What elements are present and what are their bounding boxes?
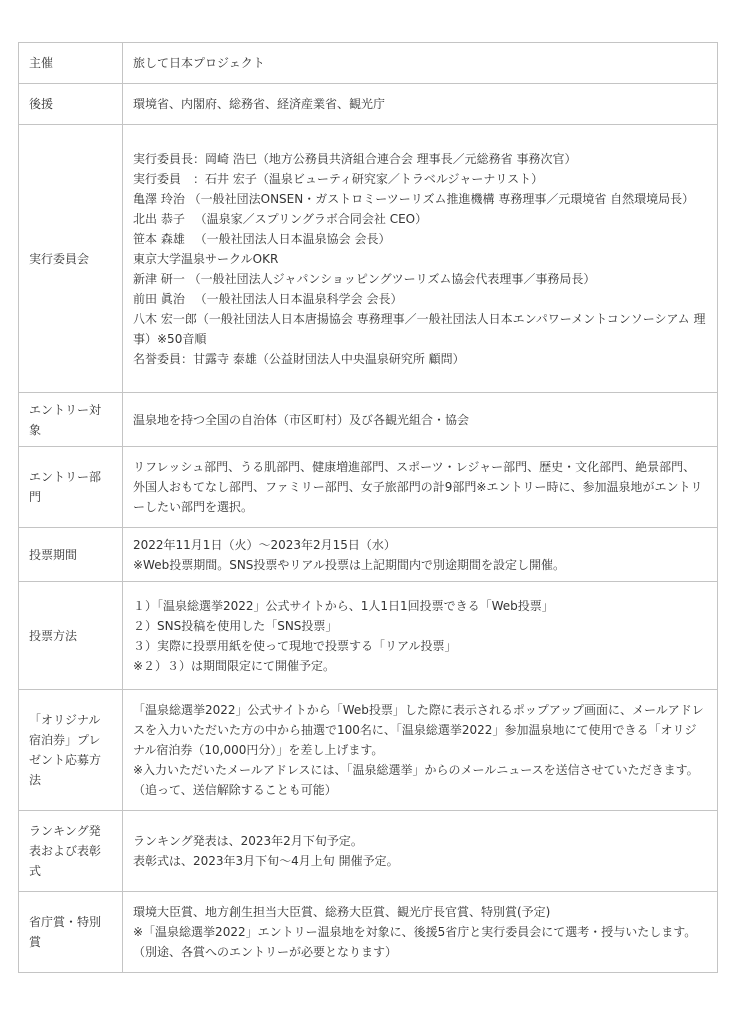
row-label: 省庁賞・特別賞 <box>19 892 123 973</box>
table-row-committee: 実行委員会 実行委員長：岡崎 浩巳（地方公務員共済組合連合会 理事長／元総務省 … <box>19 125 718 393</box>
table-row-entry-categories: エントリー部門 リフレッシュ部門、うる肌部門、健康増進部門、スポーツ・レジャー部… <box>19 447 718 528</box>
row-label: 主催 <box>19 43 123 84</box>
value-line: 名誉委員：甘露寺 泰雄（公益財団法人中央温泉研究所 顧問） <box>133 349 707 369</box>
row-value: 環境大臣賞、地方創生担当大臣賞、総務大臣賞、観光庁長官賞、特別賞(予定) ※「温… <box>123 892 718 973</box>
value-line: ※入力いただいたメールアドレスには、「温泉総選挙」からのメールニュースを送信させ… <box>133 760 707 800</box>
value-line: 八木 宏一郎（一般社団法人日本唐揚協会 専務理事／一般社団法人日本エンパワーメン… <box>133 309 707 349</box>
value-line: 「温泉総選挙2022」公式サイトから「Web投票」した際に表示されるポップアップ… <box>133 700 707 760</box>
row-value: 実行委員長：岡崎 浩巳（地方公務員共済組合連合会 理事長／元総務省 事務次官） … <box>123 125 718 393</box>
table-row-entry-target: エントリー対象 温泉地を持つ全国の自治体（市区町村）及び各観光組合・協会 <box>19 393 718 447</box>
row-value: リフレッシュ部門、うる肌部門、健康増進部門、スポーツ・レジャー部門、歴史・文化部… <box>123 447 718 528</box>
row-label: ランキング発表および表彰式 <box>19 811 123 892</box>
value-line: ※「温泉総選挙2022」エントリー温泉地を対象に、後援5省庁と実行委員会にて選考… <box>133 922 707 962</box>
table-row-awards: 省庁賞・特別賞 環境大臣賞、地方創生担当大臣賞、総務大臣賞、観光庁長官賞、特別賞… <box>19 892 718 973</box>
value-line: 環境省、内閣府、総務省、経済産業省、観光庁 <box>133 94 707 114</box>
value-line: 実行委員 ：石井 宏子（温泉ビューティ研究家／トラベルジャーナリスト） <box>133 169 707 189</box>
row-label: 「オリジナル宿泊券」プレゼント応募方法 <box>19 690 123 811</box>
table-row-present-application: 「オリジナル宿泊券」プレゼント応募方法 「温泉総選挙2022」公式サイトから「W… <box>19 690 718 811</box>
table-row-voting-period: 投票期間 2022年11月1日（火）～2023年2月15日（水） ※Web投票期… <box>19 528 718 582</box>
row-value: 「温泉総選挙2022」公式サイトから「Web投票」した際に表示されるポップアップ… <box>123 690 718 811</box>
value-line: ※Web投票期間。SNS投票やリアル投票は上記期間内で別途期間を設定し開催。 <box>133 555 707 575</box>
row-label: 実行委員会 <box>19 125 123 393</box>
value-line: 前田 眞治 （一般社団法人日本温泉科学会 会長） <box>133 289 707 309</box>
row-label: エントリー部門 <box>19 447 123 528</box>
row-value: 温泉地を持つ全国の自治体（市区町村）及び各観光組合・協会 <box>123 393 718 447</box>
value-line: 亀澤 玲治 （一般社団法ONSEN・ガストロミーツーリズム推進機構 専務理事／元… <box>133 189 707 209</box>
value-line: 実行委員長：岡崎 浩巳（地方公務員共済組合連合会 理事長／元総務省 事務次官） <box>133 149 707 169</box>
row-label: エントリー対象 <box>19 393 123 447</box>
table-row-organizer: 主催 旅して日本プロジェクト <box>19 43 718 84</box>
value-line: 表彰式は、2023年3月下旬～4月上旬 開催予定。 <box>133 851 707 871</box>
value-line: 旅して日本プロジェクト <box>133 53 707 73</box>
value-line: 2022年11月1日（火）～2023年2月15日（水） <box>133 535 707 555</box>
value-line: 新津 研一 （一般社団法人ジャパンショッピングツーリズム協会代表理事／事務局長） <box>133 269 707 289</box>
row-value: 旅して日本プロジェクト <box>123 43 718 84</box>
value-line: 環境大臣賞、地方創生担当大臣賞、総務大臣賞、観光庁長官賞、特別賞(予定) <box>133 902 707 922</box>
event-info-table: 主催 旅して日本プロジェクト 後援 環境省、内閣府、総務省、経済産業省、観光庁 … <box>18 42 718 973</box>
row-label: 投票方法 <box>19 582 123 690</box>
value-line: ※２）３）は期間限定にて開催予定。 <box>133 656 707 676</box>
value-line: 北出 恭子 （温泉家／スプリングラボ合同会社 CEO） <box>133 209 707 229</box>
row-label: 投票期間 <box>19 528 123 582</box>
table-row-support: 後援 環境省、内閣府、総務省、経済産業省、観光庁 <box>19 84 718 125</box>
row-value: 2022年11月1日（火）～2023年2月15日（水） ※Web投票期間。SNS… <box>123 528 718 582</box>
value-line: リフレッシュ部門、うる肌部門、健康増進部門、スポーツ・レジャー部門、歴史・文化部… <box>133 457 707 517</box>
row-value: １）「温泉総選挙2022」公式サイトから、1人1日1回投票できる「Web投票」 … <box>123 582 718 690</box>
value-line: １）「温泉総選挙2022」公式サイトから、1人1日1回投票できる「Web投票」 <box>133 596 707 616</box>
row-label: 後援 <box>19 84 123 125</box>
value-line: ランキング発表は、2023年2月下旬予定。 <box>133 831 707 851</box>
table-row-voting-method: 投票方法 １）「温泉総選挙2022」公式サイトから、1人1日1回投票できる「We… <box>19 582 718 690</box>
row-value: 環境省、内閣府、総務省、経済産業省、観光庁 <box>123 84 718 125</box>
row-value: ランキング発表は、2023年2月下旬予定。 表彰式は、2023年3月下旬～4月上… <box>123 811 718 892</box>
table-row-ranking-ceremony: ランキング発表および表彰式 ランキング発表は、2023年2月下旬予定。 表彰式は… <box>19 811 718 892</box>
value-line: ３）実際に投票用紙を使って現地で投票する「リアル投票」 <box>133 636 707 656</box>
value-line: ２）SNS投稿を使用した「SNS投票」 <box>133 616 707 636</box>
value-line: 温泉地を持つ全国の自治体（市区町村）及び各観光組合・協会 <box>133 410 707 430</box>
value-line: 東京大学温泉サークルOKR <box>133 249 707 269</box>
value-line: 笹本 森雄 （一般社団法人日本温泉協会 会長） <box>133 229 707 249</box>
